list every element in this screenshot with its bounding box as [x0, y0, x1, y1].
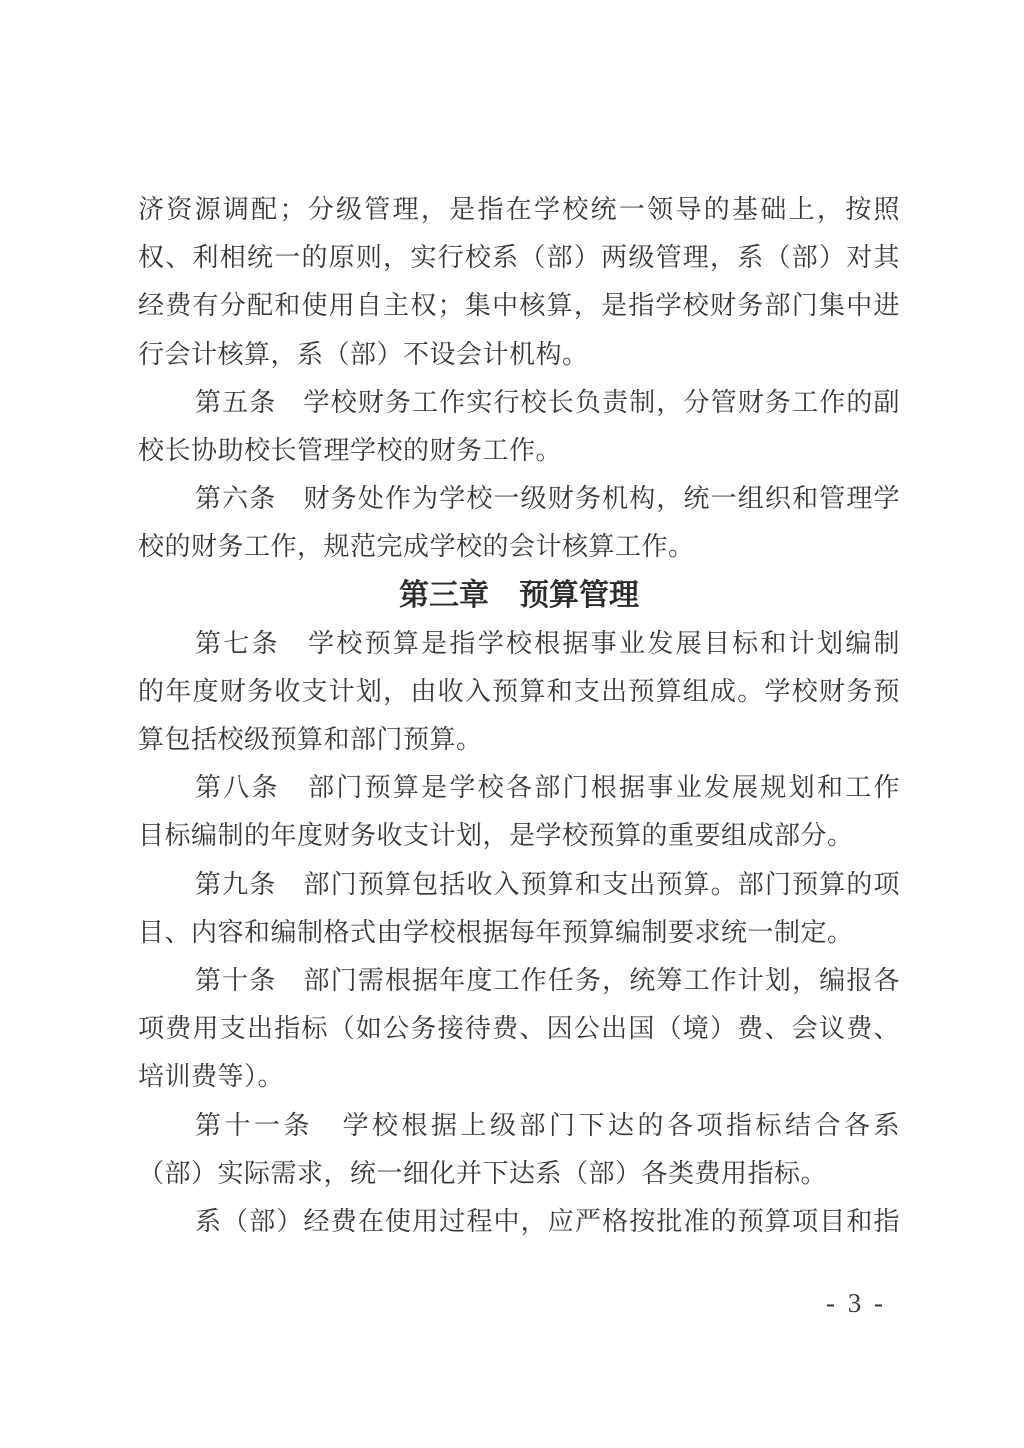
article-start-line: 系（部）经费在使用过程中，应严格按批准的预算项目和指 [138, 1198, 900, 1246]
article-start-line: 第五条 学校财务工作实行校长负责制，分管财务工作的副 [138, 379, 900, 427]
document-body: 济资源调配；分级管理，是指在学校统一领导的基础上，按照责、 权、利相统一的原则，… [138, 186, 900, 1246]
chapter-heading: 第三章 预算管理 [138, 572, 900, 620]
article-start-line: 第十一条 学校根据上级部门下达的各项指标结合各系 [138, 1102, 900, 1150]
body-line: 目标编制的年度财务收支计划，是学校预算的重要组成部分。 [138, 812, 900, 860]
article-start-line: 第九条 部门预算包括收入预算和支出预算。部门预算的项 [138, 861, 900, 909]
body-line: 校长协助校长管理学校的财务工作。 [138, 427, 900, 475]
page-number: - 3 - [816, 1288, 896, 1319]
body-line: 项费用支出指标（如公务接待费、因公出国（境）费、会议费、 [138, 1005, 900, 1053]
body-line: 校的财务工作，规范完成学校的会计核算工作。 [138, 523, 900, 571]
body-line: （部）实际需求，统一细化并下达系（部）各类费用指标。 [138, 1150, 900, 1198]
article-start-line: 第十条 部门需根据年度工作任务，统筹工作计划，编报各 [138, 957, 900, 1005]
body-line: 权、利相统一的原则，实行校系（部）两级管理，系（部）对其 [138, 234, 900, 282]
body-line: 目、内容和编制格式由学校根据每年预算编制要求统一制定。 [138, 909, 900, 957]
body-line: 行会计核算，系（部）不设会计机构。 [138, 331, 900, 379]
article-start-line: 第七条 学校预算是指学校根据事业发展目标和计划编制 [138, 620, 900, 668]
article-start-line: 第八条 部门预算是学校各部门根据事业发展规划和工作 [138, 764, 900, 812]
document-page: 济资源调配；分级管理，是指在学校统一领导的基础上，按照责、 权、利相统一的原则，… [0, 0, 1024, 1448]
body-line: 培训费等）。 [138, 1053, 900, 1101]
body-line: 算包括校级预算和部门预算。 [138, 716, 900, 764]
body-line: 经费有分配和使用自主权；集中核算，是指学校财务部门集中进 [138, 282, 900, 330]
body-line: 的年度财务收支计划，由收入预算和支出预算组成。学校财务预 [138, 668, 900, 716]
body-line: 济资源调配；分级管理，是指在学校统一领导的基础上，按照责、 [138, 186, 900, 234]
article-start-line: 第六条 财务处作为学校一级财务机构，统一组织和管理学 [138, 475, 900, 523]
